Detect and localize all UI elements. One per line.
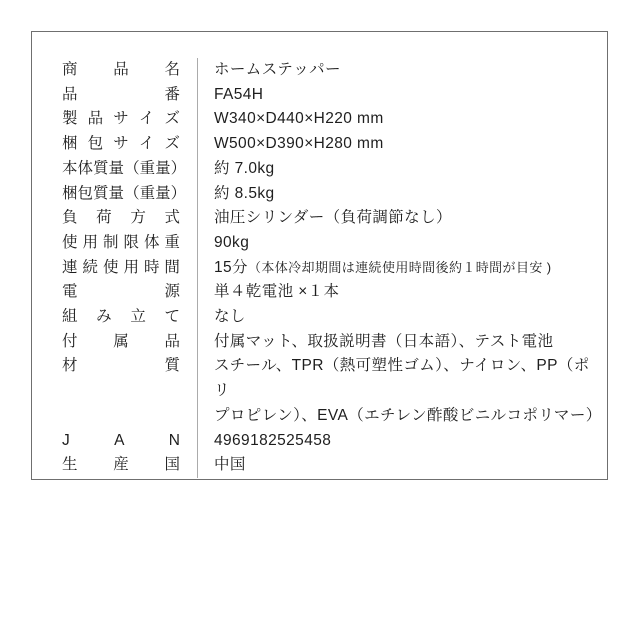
- spec-label-char: サ: [113, 132, 129, 157]
- spec-label-char: 量: [109, 182, 125, 207]
- spec-value-text: W340×D440×H220 mm: [214, 110, 384, 127]
- spec-label-char: 連: [62, 256, 78, 281]
- spec-value-text: （本体冷却期間は連続使用時間後約１時間が目安 ): [248, 260, 552, 275]
- spec-row: 生産国中国: [62, 453, 594, 478]
- spec-label-char: 量: [155, 157, 171, 182]
- spec-label: JAN: [62, 429, 180, 454]
- spec-value-text: 付属マット、取扱説明書（日本語）、テスト電池: [214, 333, 553, 350]
- spec-row: 商品名ホームステッパー: [62, 58, 594, 83]
- spec-row: 製品サイズW340×D440×H220 mm: [62, 107, 594, 132]
- spec-label-char: 荷: [96, 206, 112, 231]
- spec-label-char: 番: [164, 83, 180, 108]
- spec-label-char: 包: [88, 132, 104, 157]
- spec-label: 付属品: [62, 330, 180, 355]
- spec-label-char: 梱: [62, 132, 78, 157]
- spec-label-char: 電: [62, 280, 78, 305]
- spec-value-text: 約 8.5kg: [214, 185, 275, 202]
- spec-label: 連続使用時間: [62, 256, 180, 281]
- spec-label-char: 包: [78, 182, 94, 207]
- spec-label: 組み立て: [62, 305, 180, 330]
- spec-label-char: 品: [62, 83, 78, 108]
- spec-label: 梱包サイズ: [62, 132, 180, 157]
- spec-value-text: FA54H: [214, 86, 263, 103]
- spec-label: 製品サイズ: [62, 107, 180, 132]
- spec-label-char: 重: [164, 231, 180, 256]
- spec-label-char: 組: [62, 305, 78, 330]
- spec-label-char: （: [124, 157, 140, 182]
- spec-label: 電源: [62, 280, 180, 305]
- spec-label-char: 品: [113, 58, 129, 83]
- spec-label-char: 使: [62, 231, 78, 256]
- spec-label-char: 立: [130, 305, 146, 330]
- spec-label-char: 材: [62, 354, 78, 379]
- spec-value: 15分（本体冷却期間は連続使用時間後約１時間が目安 ): [197, 256, 594, 281]
- spec-label-char: 付: [62, 330, 78, 355]
- spec-label-char: J: [62, 429, 70, 454]
- spec-label-char: サ: [113, 107, 129, 132]
- spec-label-char: み: [96, 305, 112, 330]
- spec-label-char: N: [169, 429, 180, 454]
- spec-label-char: ズ: [164, 107, 180, 132]
- spec-label-char: 用: [82, 231, 98, 256]
- spec-label: 品番: [62, 83, 180, 108]
- spec-label-char: 量: [109, 157, 125, 182]
- spec-row: 使用制限体重90kg: [62, 231, 594, 256]
- spec-value: 中国: [197, 453, 594, 478]
- spec-value-text: スチール、TPR（熱可塑性ゴム）、ナイロン、PP（ポリ: [214, 357, 590, 399]
- spec-value-text: 単４乾電池 ×１本: [214, 283, 339, 300]
- spec-label-char: 限: [123, 231, 139, 256]
- spec-value: W340×D440×H220 mm: [197, 107, 594, 132]
- spec-label: 商品名: [62, 58, 180, 83]
- spec-label-char: 品: [164, 330, 180, 355]
- spec-value: 付属マット、取扱説明書（日本語）、テスト電池: [197, 330, 594, 355]
- spec-label-char: 時: [144, 256, 160, 281]
- spec-label-char: 続: [82, 256, 98, 281]
- spec-label-char: イ: [139, 107, 155, 132]
- spec-label-char: 生: [62, 453, 78, 478]
- spec-row: 負荷方式油圧シリンダー（負荷調節なし）: [62, 206, 594, 231]
- spec-value-text: ホームステッパー: [214, 61, 341, 78]
- spec-label-char: イ: [139, 132, 155, 157]
- spec-row: 本体質量（重量）約 7.0kg: [62, 157, 594, 182]
- spec-label-char: 量: [155, 182, 171, 207]
- product-spec-image: 商品名ホームステッパー品番FA54H製品サイズW340×D440×H220 mm…: [0, 0, 640, 640]
- spec-value-text: プロピレン）、EVA（エチレン酢酸ビニルコポリマー）: [214, 407, 602, 424]
- spec-label-char: ）: [171, 182, 187, 207]
- spec-value-text: 油圧シリンダー（負荷調節なし）: [214, 209, 452, 226]
- spec-value: ホームステッパー: [197, 58, 594, 83]
- spec-label-char: 産: [113, 453, 129, 478]
- spec-label-char: 用: [123, 256, 139, 281]
- spec-label-char: 重: [140, 157, 156, 182]
- spec-row: 組み立てなし: [62, 305, 594, 330]
- spec-row: 梱包サイズW500×D390×H280 mm: [62, 132, 594, 157]
- spec-label-char: 重: [140, 182, 156, 207]
- spec-value-text: 中国: [214, 456, 246, 473]
- spec-label-char: て: [164, 305, 180, 330]
- spec-value-text: なし: [214, 308, 246, 325]
- spec-value: スチール、TPR（熱可塑性ゴム）、ナイロン、PP（ポリプロピレン）、EVA（エチ…: [197, 354, 594, 428]
- spec-label: 材質: [62, 354, 180, 379]
- spec-value: なし: [197, 305, 594, 330]
- spec-table: 商品名ホームステッパー品番FA54H製品サイズW340×D440×H220 mm…: [62, 58, 594, 478]
- spec-row: 品番FA54H: [62, 83, 594, 108]
- spec-value: 4969182525458: [197, 429, 594, 454]
- spec-row: 電源単４乾電池 ×１本: [62, 280, 594, 305]
- spec-label-char: ズ: [164, 132, 180, 157]
- spec-label-char: 方: [130, 206, 146, 231]
- spec-label-char: 体: [78, 157, 94, 182]
- spec-label-char: 商: [62, 58, 78, 83]
- spec-label-char: 質: [164, 354, 180, 379]
- spec-value-text: W500×D390×H280 mm: [214, 135, 384, 152]
- spec-label-char: 制: [103, 231, 119, 256]
- spec-label-char: 名: [164, 58, 180, 83]
- spec-value: 90kg: [197, 231, 594, 256]
- spec-value-text: 約 7.0kg: [214, 160, 275, 177]
- spec-label-char: 国: [164, 453, 180, 478]
- spec-label-char: （: [124, 182, 140, 207]
- spec-value: W500×D390×H280 mm: [197, 132, 594, 157]
- spec-row: JAN4969182525458: [62, 429, 594, 454]
- spec-label-char: 品: [88, 107, 104, 132]
- spec-label: 生産国: [62, 453, 180, 478]
- spec-label-char: 質: [93, 157, 109, 182]
- spec-value: 単４乾電池 ×１本: [197, 280, 594, 305]
- spec-label: 本体質量（重量）: [62, 157, 180, 182]
- spec-label-char: 本: [62, 157, 78, 182]
- spec-label-char: 式: [164, 206, 180, 231]
- spec-label-char: 製: [62, 107, 78, 132]
- spec-value: 約 8.5kg: [197, 182, 594, 207]
- spec-label-char: 体: [144, 231, 160, 256]
- spec-label-char: A: [114, 429, 124, 454]
- spec-value: FA54H: [197, 83, 594, 108]
- spec-row: 材質スチール、TPR（熱可塑性ゴム）、ナイロン、PP（ポリプロピレン）、EVA（…: [62, 354, 594, 428]
- spec-label-char: 源: [164, 280, 180, 305]
- spec-value-text: 90kg: [214, 234, 249, 251]
- spec-label: 梱包質量（重量）: [62, 182, 180, 207]
- spec-label: 負荷方式: [62, 206, 180, 231]
- spec-label-char: 属: [113, 330, 129, 355]
- spec-label-char: 負: [62, 206, 78, 231]
- spec-value-text: 15分: [214, 259, 248, 276]
- spec-label-char: 間: [164, 256, 180, 281]
- spec-label-char: 梱: [62, 182, 78, 207]
- spec-value: 油圧シリンダー（負荷調節なし）: [197, 206, 594, 231]
- spec-row: 連続使用時間15分（本体冷却期間は連続使用時間後約１時間が目安 ): [62, 256, 594, 281]
- spec-label: 使用制限体重: [62, 231, 180, 256]
- spec-label-char: 使: [103, 256, 119, 281]
- spec-label-char: 質: [93, 182, 109, 207]
- spec-label-char: ）: [171, 157, 187, 182]
- spec-value: 約 7.0kg: [197, 157, 594, 182]
- spec-row: 梱包質量（重量）約 8.5kg: [62, 182, 594, 207]
- spec-value-text: 4969182525458: [214, 432, 331, 449]
- spec-row: 付属品付属マット、取扱説明書（日本語）、テスト電池: [62, 330, 594, 355]
